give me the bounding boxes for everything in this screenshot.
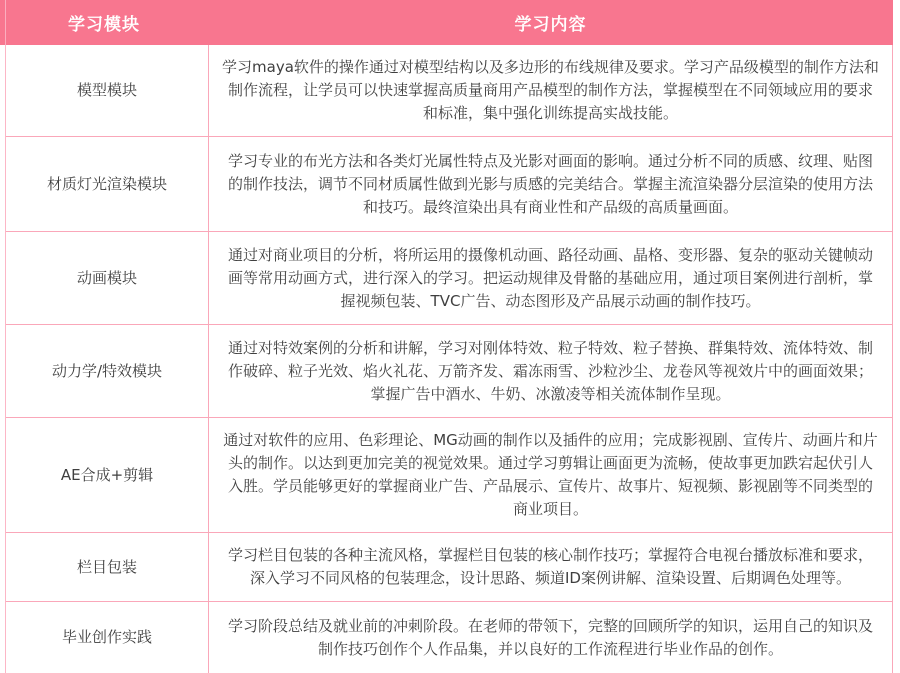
table-row: AE合成+剪辑 通过对软件的应用、色彩理论、MG动画的制作以及插件的应用；完成影… bbox=[6, 418, 892, 533]
content-cell: 通过对商业项目的分析，将所运用的摄像机动画、路径动画、晶格、变形器、复杂的驱动关… bbox=[209, 232, 892, 324]
table-row: 栏目包装 学习栏目包装的各种主流风格，掌握栏目包装的核心制作技巧；掌握符合电视台… bbox=[6, 533, 892, 602]
table-row: 动力学/特效模块 通过对特效案例的分析和讲解，学习对刚体特效、粒子特效、粒子替换… bbox=[6, 325, 892, 418]
content-cell: 通过对软件的应用、色彩理论、MG动画的制作以及插件的应用；完成影视剧、宣传片、动… bbox=[209, 418, 892, 532]
content-cell: 学习专业的布光方法和各类灯光属性特点及光影对画面的影响。通过分析不同的质感、纹理… bbox=[209, 137, 892, 231]
table-header-row: 学习模块 学习内容 bbox=[0, 0, 893, 45]
table-row: 模型模块 学习maya软件的操作通过对模型结构以及多边形的布线规律及要求。学习产… bbox=[6, 45, 892, 137]
table-body: 模型模块 学习maya软件的操作通过对模型结构以及多边形的布线规律及要求。学习产… bbox=[5, 45, 893, 673]
table-row: 毕业创作实践 学习阶段总结及就业前的冲刺阶段。在老师的带领下，完整的回顾所学的知… bbox=[6, 602, 892, 673]
module-cell: 动画模块 bbox=[6, 232, 209, 324]
header-cell-module: 学习模块 bbox=[0, 10, 208, 35]
module-cell: 栏目包装 bbox=[6, 533, 209, 601]
curriculum-table: 学习模块 学习内容 模型模块 学习maya软件的操作通过对模型结构以及多边形的布… bbox=[0, 0, 900, 673]
content-cell: 学习maya软件的操作通过对模型结构以及多边形的布线规律及要求。学习产品级模型的… bbox=[209, 45, 892, 136]
module-cell: 动力学/特效模块 bbox=[6, 325, 209, 417]
module-cell: 材质灯光渲染模块 bbox=[6, 137, 209, 231]
content-cell: 通过对特效案例的分析和讲解，学习对刚体特效、粒子特效、粒子替换、群集特效、流体特… bbox=[209, 325, 892, 417]
table-row: 动画模块 通过对商业项目的分析，将所运用的摄像机动画、路径动画、晶格、变形器、复… bbox=[6, 232, 892, 325]
table-row: 材质灯光渲染模块 学习专业的布光方法和各类灯光属性特点及光影对画面的影响。通过分… bbox=[6, 137, 892, 232]
module-cell: 模型模块 bbox=[6, 45, 209, 136]
content-cell: 学习阶段总结及就业前的冲刺阶段。在老师的带领下，完整的回顾所学的知识，运用自己的… bbox=[209, 602, 892, 673]
header-cell-content: 学习内容 bbox=[208, 10, 893, 35]
module-cell: 毕业创作实践 bbox=[6, 602, 209, 673]
table-left-border bbox=[5, 0, 6, 673]
module-cell: AE合成+剪辑 bbox=[6, 418, 209, 532]
content-cell: 学习栏目包装的各种主流风格，掌握栏目包装的核心制作技巧；掌握符合电视台播放标准和… bbox=[209, 533, 892, 601]
